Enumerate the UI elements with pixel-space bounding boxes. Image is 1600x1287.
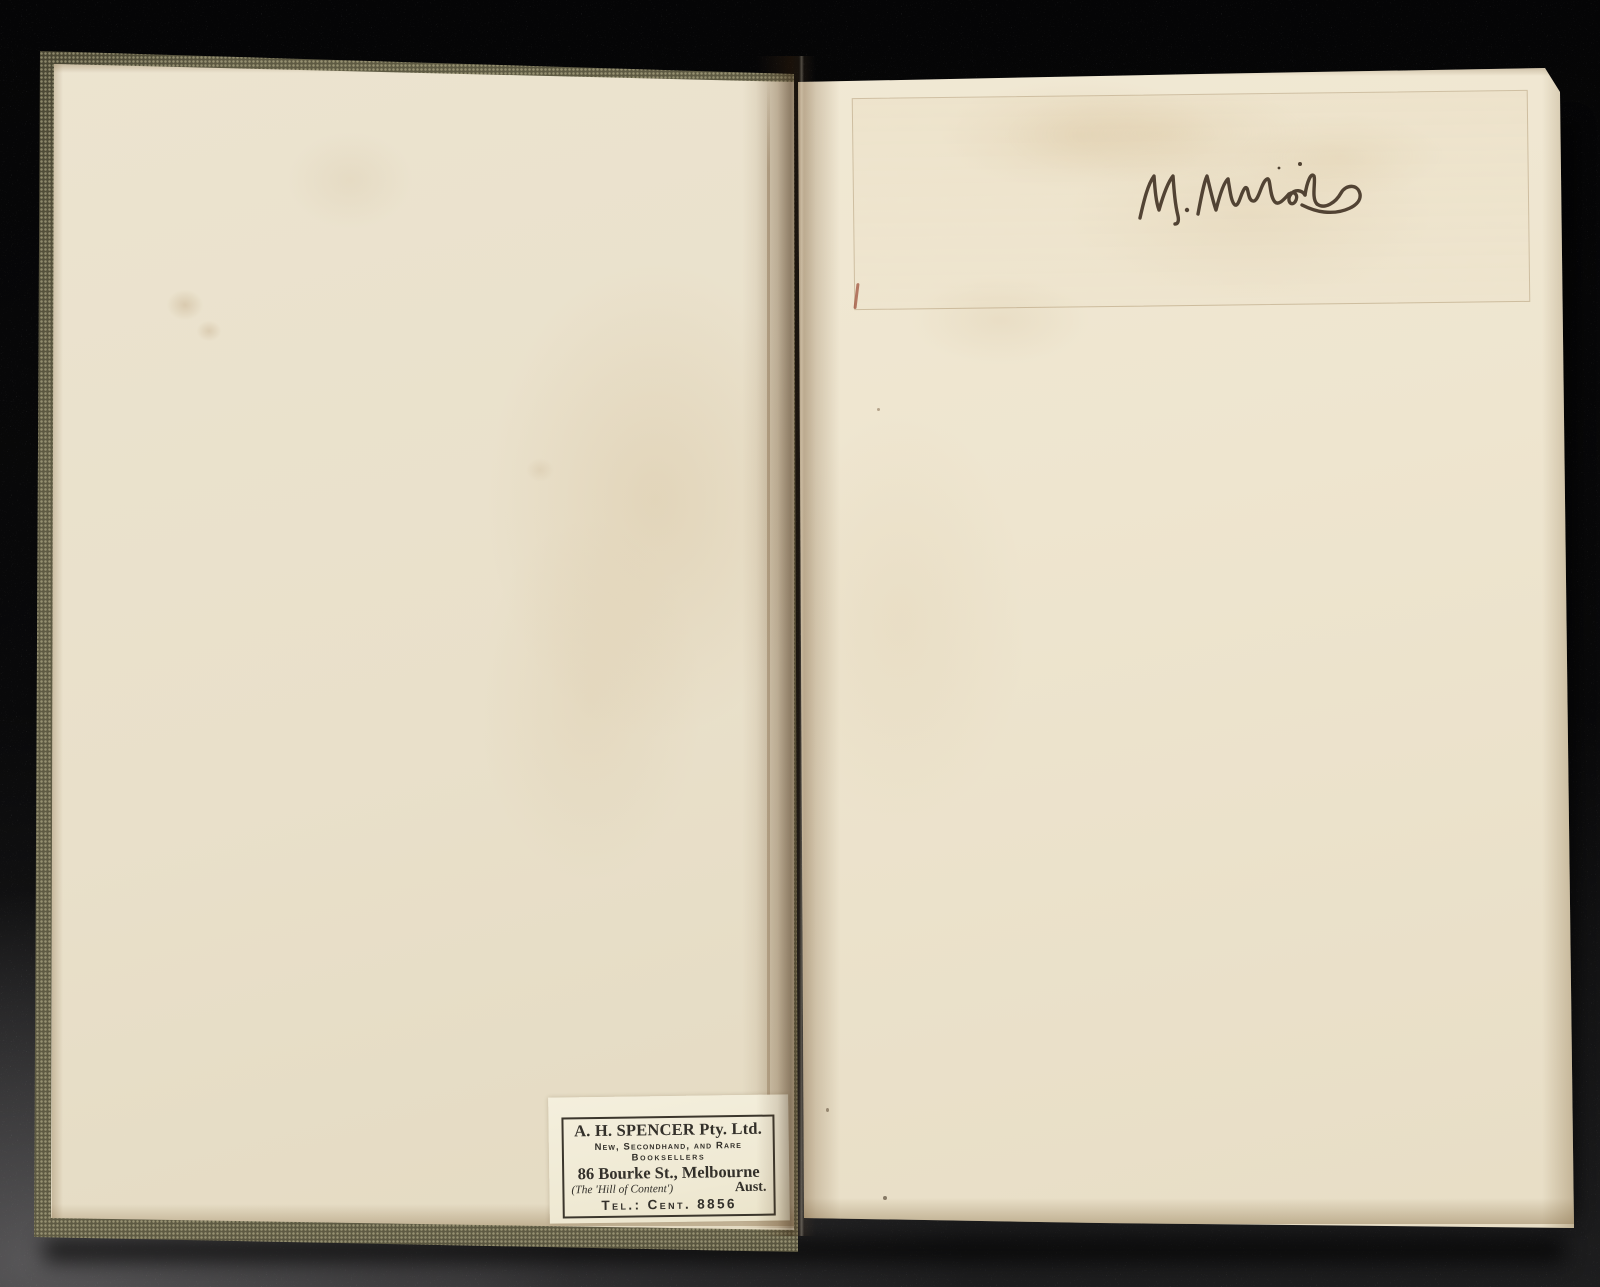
bookseller-line2: New, Secondhand, and Rare: [595, 1140, 743, 1152]
photograph-open-book: A. H. SPENCER Pty. Ltd. New, Secondhand,…: [0, 0, 1600, 1287]
book-gutter-fold: [756, 56, 816, 1236]
bookseller-line3: Booksellers: [632, 1152, 706, 1163]
bookseller-note-row: (The 'Hill of Content') Aust.: [564, 1181, 773, 1198]
owner-signature: [1128, 152, 1398, 242]
foxing-speck: [877, 408, 880, 411]
bookseller-phone: Tel.: Cent. 8856: [601, 1197, 737, 1212]
page-edge-shading: [52, 62, 63, 1222]
bookseller-address: 86 Bourke St., Melbourne: [578, 1163, 760, 1182]
foxing-speck: [883, 1196, 887, 1200]
bookseller-label-border: A. H. SPENCER Pty. Ltd. New, Secondhand,…: [561, 1115, 775, 1219]
foxing-speck: [826, 1108, 829, 1112]
bookseller-note: (The 'Hill of Content'): [571, 1184, 673, 1197]
bookseller-label: A. H. SPENCER Pty. Ltd. New, Secondhand,…: [548, 1094, 790, 1223]
bookseller-name: A. H. SPENCER Pty. Ltd.: [574, 1121, 762, 1140]
